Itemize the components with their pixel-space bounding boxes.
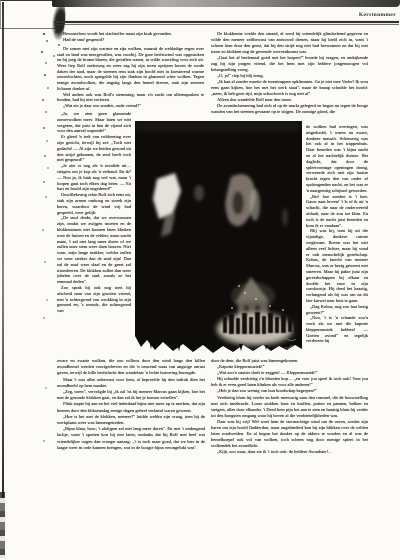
- story-paragraph: „Brr! hoe somber is 't hier. Gauw naar b…: [306, 194, 368, 229]
- story-paragraph: Verdrietig klom hij verder en keek meewa…: [211, 395, 368, 419]
- story-paragraph: „Kijk, zoo waar, daar zie ik 't toch ook…: [211, 449, 368, 455]
- right-column-top: De klokkenist voelde den smaad, al werd …: [211, 31, 368, 121]
- header-rule: [54, 21, 399, 23]
- spine-edge-dashes: [0, 492, 5, 558]
- left-column-bottom: zware en zwarte wolken, die zoo willoos …: [57, 358, 205, 472]
- story-paragraph: Er gleed 'n trek van voldoening over zij…: [57, 134, 131, 163]
- story-paragraph: De zomer met zijn warmte en zijn wolken,…: [57, 46, 204, 92]
- story-paragraph: „Hoe is het met de klokken, meneer?" lui…: [57, 414, 205, 426]
- story-paragraph: „Ja, we zien geen glanzende zomerwolken …: [57, 111, 131, 134]
- night-scene-illustration: [135, 121, 302, 356]
- left-column-beside-photo: „Ja, we zien geen glanzende zomerwolken …: [57, 111, 131, 357]
- story-paragraph: Daar was hij vrij! Wel woei hem de storm…: [211, 419, 368, 449]
- right-column-bottom: door de deur, die Rolf juist was binneng…: [211, 358, 368, 472]
- story-paragraph: „Nou, 't is 'n schande zoo'n werk als we…: [306, 315, 368, 344]
- story-paragraph: Hij schudde verdrietig z'n blonden kop..…: [211, 376, 368, 388]
- story-paragraph: Flink stapte hij aan en het viel inderda…: [57, 401, 205, 413]
- spine-edge-line: [2, 2, 4, 498]
- story-paragraph: „Wat zie je daar zoo somber, oude vriend…: [57, 103, 204, 109]
- story-paragraph: Blij was hij, toen hij uit die vijandige…: [306, 228, 368, 303]
- story-paragraph: de wolken had overtogen, was uitgedoofd;…: [306, 124, 368, 194]
- magazine-page: 80 Kerstnummer Bewusteloos wordt het sla…: [0, 0, 400, 560]
- story-paragraph: De avondschemering had zich al op de mar…: [211, 103, 368, 115]
- story-paragraph: Maar 't was alles onbewust voor hem, al …: [57, 377, 205, 389]
- header-rule-thin: [54, 24, 399, 25]
- story-paragraph: „De snuf denkt, dat we overwonnen zijn, …: [57, 215, 131, 285]
- story-paragraph: zware en zwarte wolken, die zoo willoos …: [57, 358, 205, 377]
- story-paragraph: „Bijna klaar, hoor; 't afslijpen zal nie…: [57, 426, 205, 451]
- story-paragraph: Onwillekeurig rekte Rolf zich eens uit, …: [57, 192, 131, 215]
- story-paragraph: Zoo sprak hij ook nog toen hij afscheid …: [57, 285, 131, 314]
- running-head: Kerstnummer: [359, 12, 396, 18]
- story-paragraph: Had de snuf gespeurd?: [57, 37, 204, 43]
- story-paragraph: „Dag Kobus, nog zoo laat bezig geweest?": [306, 304, 368, 316]
- story-paragraph: De klokkenist voelde den smaad, al werd …: [211, 31, 368, 55]
- page-number: 80: [57, 12, 63, 18]
- story-paragraph: „Ik kan al zonder moeite de torentrappen…: [211, 79, 368, 97]
- scan-top-smudge: [52, 0, 400, 7]
- left-column-top: Bewusteloos wordt het slachtoffer naast …: [57, 31, 204, 111]
- story-paragraph: „Gaat het al heelemaal goed met het loop…: [211, 55, 368, 73]
- story-paragraph: „Je ziet er nog als 'n invalide uit.... …: [57, 163, 131, 192]
- right-column-beside-photo: de wolken had overtogen, was uitgedoofd;…: [306, 124, 368, 357]
- story-photo: [135, 121, 302, 356]
- story-paragraph: Wel anders ook was Rolf's stemming; maar…: [57, 92, 204, 103]
- story-paragraph: „Zeg, toren", vervolgde hij „ik zal 'ns …: [57, 389, 205, 401]
